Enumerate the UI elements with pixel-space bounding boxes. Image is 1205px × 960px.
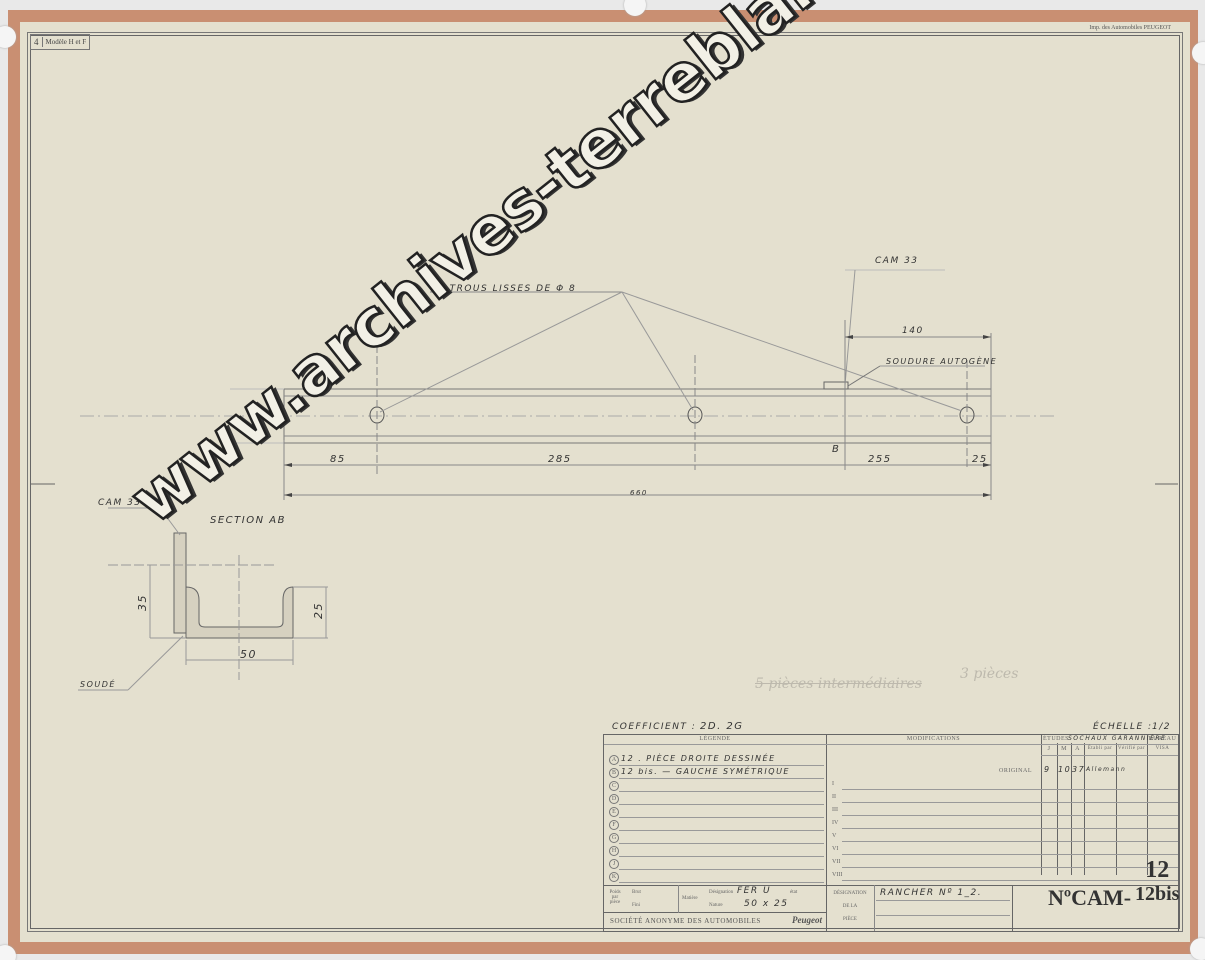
- nature-label: Nature: [709, 903, 723, 908]
- etudes-label: ÉTUDES: [1043, 736, 1069, 742]
- modification-v: V: [832, 833, 836, 839]
- cam-ref-top: CAM 33: [875, 256, 919, 266]
- coefficient-label: COEFFICIENT :: [612, 722, 696, 732]
- legend-letter: D: [609, 794, 619, 804]
- section-width-50: 50: [240, 648, 257, 661]
- dim-285: 285: [548, 454, 572, 465]
- scale-label: ÉCHELLE :: [1093, 722, 1153, 732]
- weld-note: SOUDURE AUTOGÈNE: [886, 357, 997, 366]
- modification-iii: III: [832, 807, 838, 813]
- brand-logo: Peugeot: [792, 915, 822, 925]
- col-a: A: [1071, 746, 1084, 752]
- bureau-label: BUREAU: [1147, 736, 1178, 742]
- modification-vi: VI: [832, 846, 838, 852]
- legend-letter: B: [609, 768, 619, 778]
- legend-letter: E: [609, 807, 619, 817]
- col-verifie: Vérifié par: [1116, 746, 1147, 751]
- dim-140: 140: [902, 326, 924, 336]
- company-name: SOCIÉTÉ ANONYME DES AUTOMOBILES: [610, 917, 761, 925]
- legend-letter: F: [609, 820, 619, 830]
- date-year: 37: [1072, 765, 1085, 774]
- original-label: ORIGINAL: [999, 768, 1032, 774]
- poids-label: Poids par pièce: [607, 890, 623, 905]
- legend-letter: H: [609, 846, 619, 856]
- col-m: M: [1057, 746, 1071, 752]
- modification-viii: VIII: [832, 872, 842, 878]
- legend-item-a: 12 . PIÈCE DROITE DESSINÉE: [621, 754, 776, 763]
- legend-header: LÉGENDE: [604, 736, 826, 742]
- pencil-struck-note: 5 pièces intermédiaires: [755, 676, 922, 692]
- piece-label-3: PIÈCE: [830, 917, 870, 922]
- section-marker-b: B: [832, 444, 840, 455]
- section-height-35: 35: [136, 594, 149, 611]
- date-month: 10: [1058, 765, 1071, 774]
- section-title: SECTION AB: [210, 515, 286, 526]
- drawing-number-label: NºCAM-: [1048, 885, 1131, 911]
- dim-660: 660: [630, 489, 648, 497]
- etabli-by: Allemann: [1086, 766, 1126, 773]
- date-day: 9: [1044, 765, 1051, 774]
- designation-value: FER U: [737, 886, 771, 896]
- col-visa: VISA: [1147, 746, 1178, 751]
- nature-value: 50 x 25: [744, 899, 788, 909]
- piece-label-1: DÉSIGNATION: [830, 891, 870, 896]
- legend-letter: A: [609, 755, 619, 765]
- brut-label: Brut: [632, 890, 641, 895]
- legend-letter: C: [609, 781, 619, 791]
- section-height-25: 25: [312, 602, 325, 619]
- legend-letter: K: [609, 872, 619, 882]
- scale-value: 1/2: [1152, 722, 1171, 732]
- legend-item-b: 12 bis. — GAUCHE SYMÉTRIQUE: [621, 767, 790, 776]
- modification-i: I: [832, 781, 834, 787]
- drawing-number-top: 12: [1135, 858, 1179, 882]
- dim-255: 255: [868, 454, 892, 465]
- col-etabli: Établi par: [1084, 746, 1116, 751]
- section-weld-label: SOUDÉ: [80, 680, 116, 689]
- legend-letter: G: [609, 833, 619, 843]
- dim-25: 25: [972, 454, 988, 465]
- modification-vii: VII: [832, 859, 840, 865]
- piece-label-2: DE LA: [830, 904, 870, 909]
- designation-field-label: Désignation: [709, 890, 733, 895]
- legend-letter: J: [609, 859, 619, 869]
- coefficient-value: 2D. 2G: [700, 721, 744, 732]
- piece-name: RANCHER Nº 1_2.: [880, 888, 982, 898]
- dim-85: 85: [330, 454, 346, 465]
- modification-ii: II: [832, 794, 836, 800]
- pencil-note: 3 pièces: [960, 666, 1018, 682]
- drawing-number: 12 12bis: [1135, 858, 1179, 906]
- col-j: J: [1041, 746, 1057, 752]
- modifications-header: MODIFICATIONS: [826, 736, 1041, 742]
- matiere-label: Matière: [682, 896, 698, 901]
- drawing-number-bottom: 12bis: [1135, 882, 1179, 906]
- fini-label: Fini: [632, 903, 640, 908]
- modification-iv: IV: [832, 820, 838, 826]
- etat-label: état: [790, 890, 797, 895]
